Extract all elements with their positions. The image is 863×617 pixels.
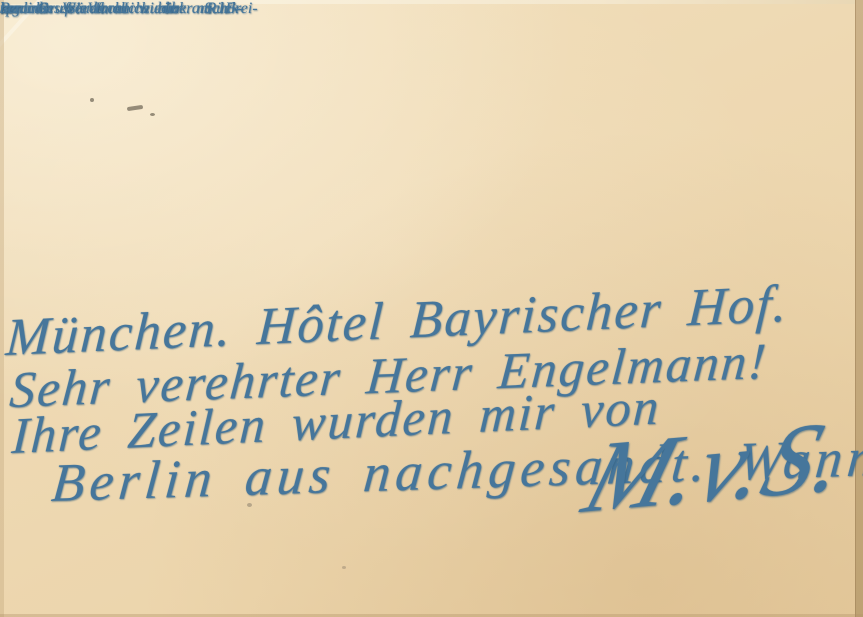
card-edge-right <box>855 0 863 617</box>
paper-speckle <box>150 113 155 116</box>
postcard: München. Hôtel Bayrischer Hof. Sehr vere… <box>0 0 863 617</box>
paper-speckle <box>342 566 346 569</box>
card-edge-left <box>0 0 4 617</box>
signature: M.v.S. <box>572 396 863 537</box>
handwritten-line-closing: nen Gruss! Ihre <box>0 0 121 18</box>
paper-speckle <box>127 105 143 111</box>
paper-speckle <box>247 503 252 507</box>
paper-speckle <box>90 98 94 102</box>
